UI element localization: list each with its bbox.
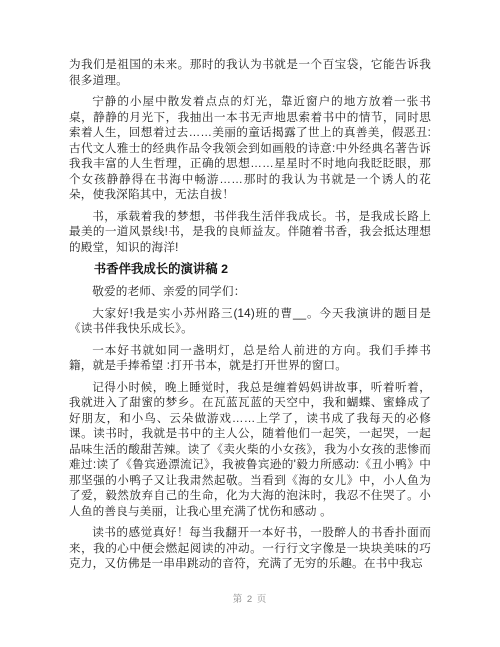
document-paragraph: 大家好!我是实小苏州路三(14)班的曹__。今天我演讲的题目是《读书伴我快乐成长… <box>69 306 431 337</box>
page-number-label: 第 2 页 <box>233 594 268 605</box>
document-paragraph: 书，承载着我的梦想，书伴我生活伴我成长。书，是我成长路上最美的一道风景线!书，是… <box>69 209 431 256</box>
page-footer: 第 2 页 <box>0 593 500 606</box>
document-paragraph: 宁静的小屋中散发着点点的灯光，靠近窗户的地方放着一张书桌，静静的月光下，我抽出一… <box>69 94 431 203</box>
document-body: 为我们是祖国的未来。那时的我认为书就是一个百宝袋，它能告诉我很多道理。宁静的小屋… <box>69 57 431 578</box>
section-heading: 书香伴我成长的演讲稿 2 <box>69 261 431 277</box>
document-paragraph: 一本好书就如同一盏明灯，总是给人前进的方向。我们手捧书籍，就是手捧希望 :打开书… <box>69 343 431 374</box>
document-paragraph: 为我们是祖国的未来。那时的我认为书就是一个百宝袋，它能告诉我很多道理。 <box>69 57 431 88</box>
document-paragraph: 记得小时候，晚上睡觉时，我总是缠着妈妈讲故事，听着听着，我就进入了甜蜜的梦乡。在… <box>69 380 431 520</box>
document-page: 为我们是祖国的未来。那时的我认为书就是一个百宝袋，它能告诉我很多道理。宁静的小屋… <box>0 0 500 647</box>
document-paragraph: 读书的感觉真好！每当我翻开一本好书，一股醉人的书香扑面而来，我的心中便会燃起阅读… <box>69 525 431 572</box>
document-paragraph: 敬爱的老师、亲爱的同学们： <box>69 284 431 300</box>
